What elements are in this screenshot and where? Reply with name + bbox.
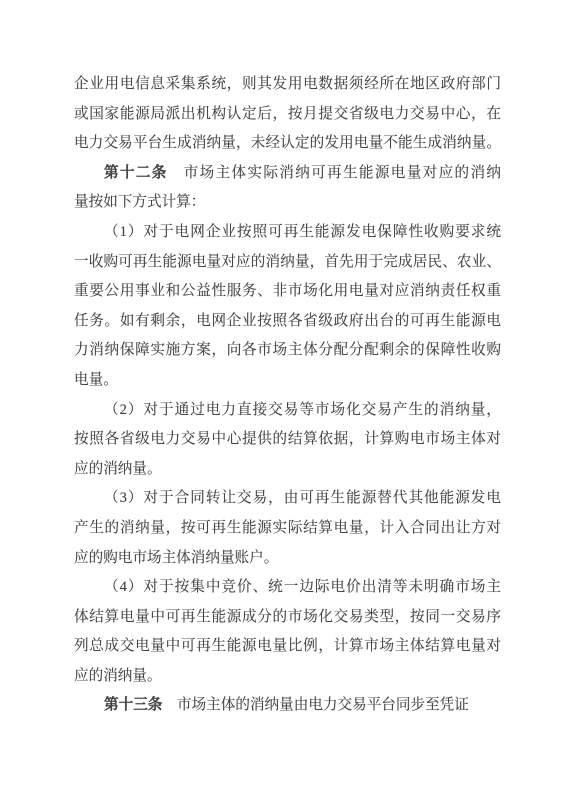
text-line: 力消纳保障实施方案，向各市场主体分配分配剩余的保障性收购 [74,336,501,366]
document-page: 企业用电信息采集系统，则其发用电数据须经所在地区政府部门或国家能源局派出机构认定… [0,0,566,800]
text-line: （1）对于电网企业按照可再生能源发电保障性收购要求统 [74,218,501,248]
text-line: 应的消纳量。 [74,662,501,692]
text-line: 产生的消纳量，按可再生能源实际结算电量，计入合同出让方对 [74,514,501,544]
text-line: 应的购电市场主体消纳量账户。 [74,544,501,574]
text-line: 按照各省级电力交易中心提供的结算依据，计算购电市场主体对 [74,425,501,455]
article-heading-line: 第十二条 市场主体实际消纳可再生能源电量对应的消纳 [74,159,501,189]
text-line: 任务。如有剩余，电网企业按照各省级政府出台的可再生能源电 [74,307,501,337]
text-line: （3）对于合同转让交易，由可再生能源替代其他能源发电 [74,484,501,514]
text-line: 量按如下方式计算： [74,188,501,218]
text-line: （4）对于按集中竞价、统一边际电价出清等未明确市场主 [74,573,501,603]
text-line: 一收购可再生能源电量对应的消纳量，首先用于完成居民、农业、 [74,248,501,278]
text-line: 企业用电信息采集系统，则其发用电数据须经所在地区政府部门 [74,70,501,100]
text-line: 列总成交电量中可再生能源电量比例，计算市场主体结算电量对 [74,632,501,662]
article-heading-line: 第十三条 市场主体的消纳量由电力交易平台同步至凭证 [74,691,501,721]
text-line: 体结算电量中可再生能源成分的市场化交易类型，按同一交易序 [74,603,501,633]
text-line: （2）对于通过电力直接交易等市场化交易产生的消纳量， [74,396,501,426]
text-line: 重要公用事业和公益性服务、非市场化用电量对应消纳责任权重 [74,277,501,307]
article-number: 第十三条 [104,697,162,713]
text-line: 应的消纳量。 [74,455,501,485]
article-number: 第十二条 [104,165,168,181]
text-line: 电力交易平台生成消纳量，未经认定的发用电量不能生成消纳量。 [74,129,501,159]
document-content: 企业用电信息采集系统，则其发用电数据须经所在地区政府部门或国家能源局派出机构认定… [74,70,501,721]
text-line: 或国家能源局派出机构认定后，按月提交省级电力交易中心，在 [74,100,501,130]
text-line: 电量。 [74,366,501,396]
